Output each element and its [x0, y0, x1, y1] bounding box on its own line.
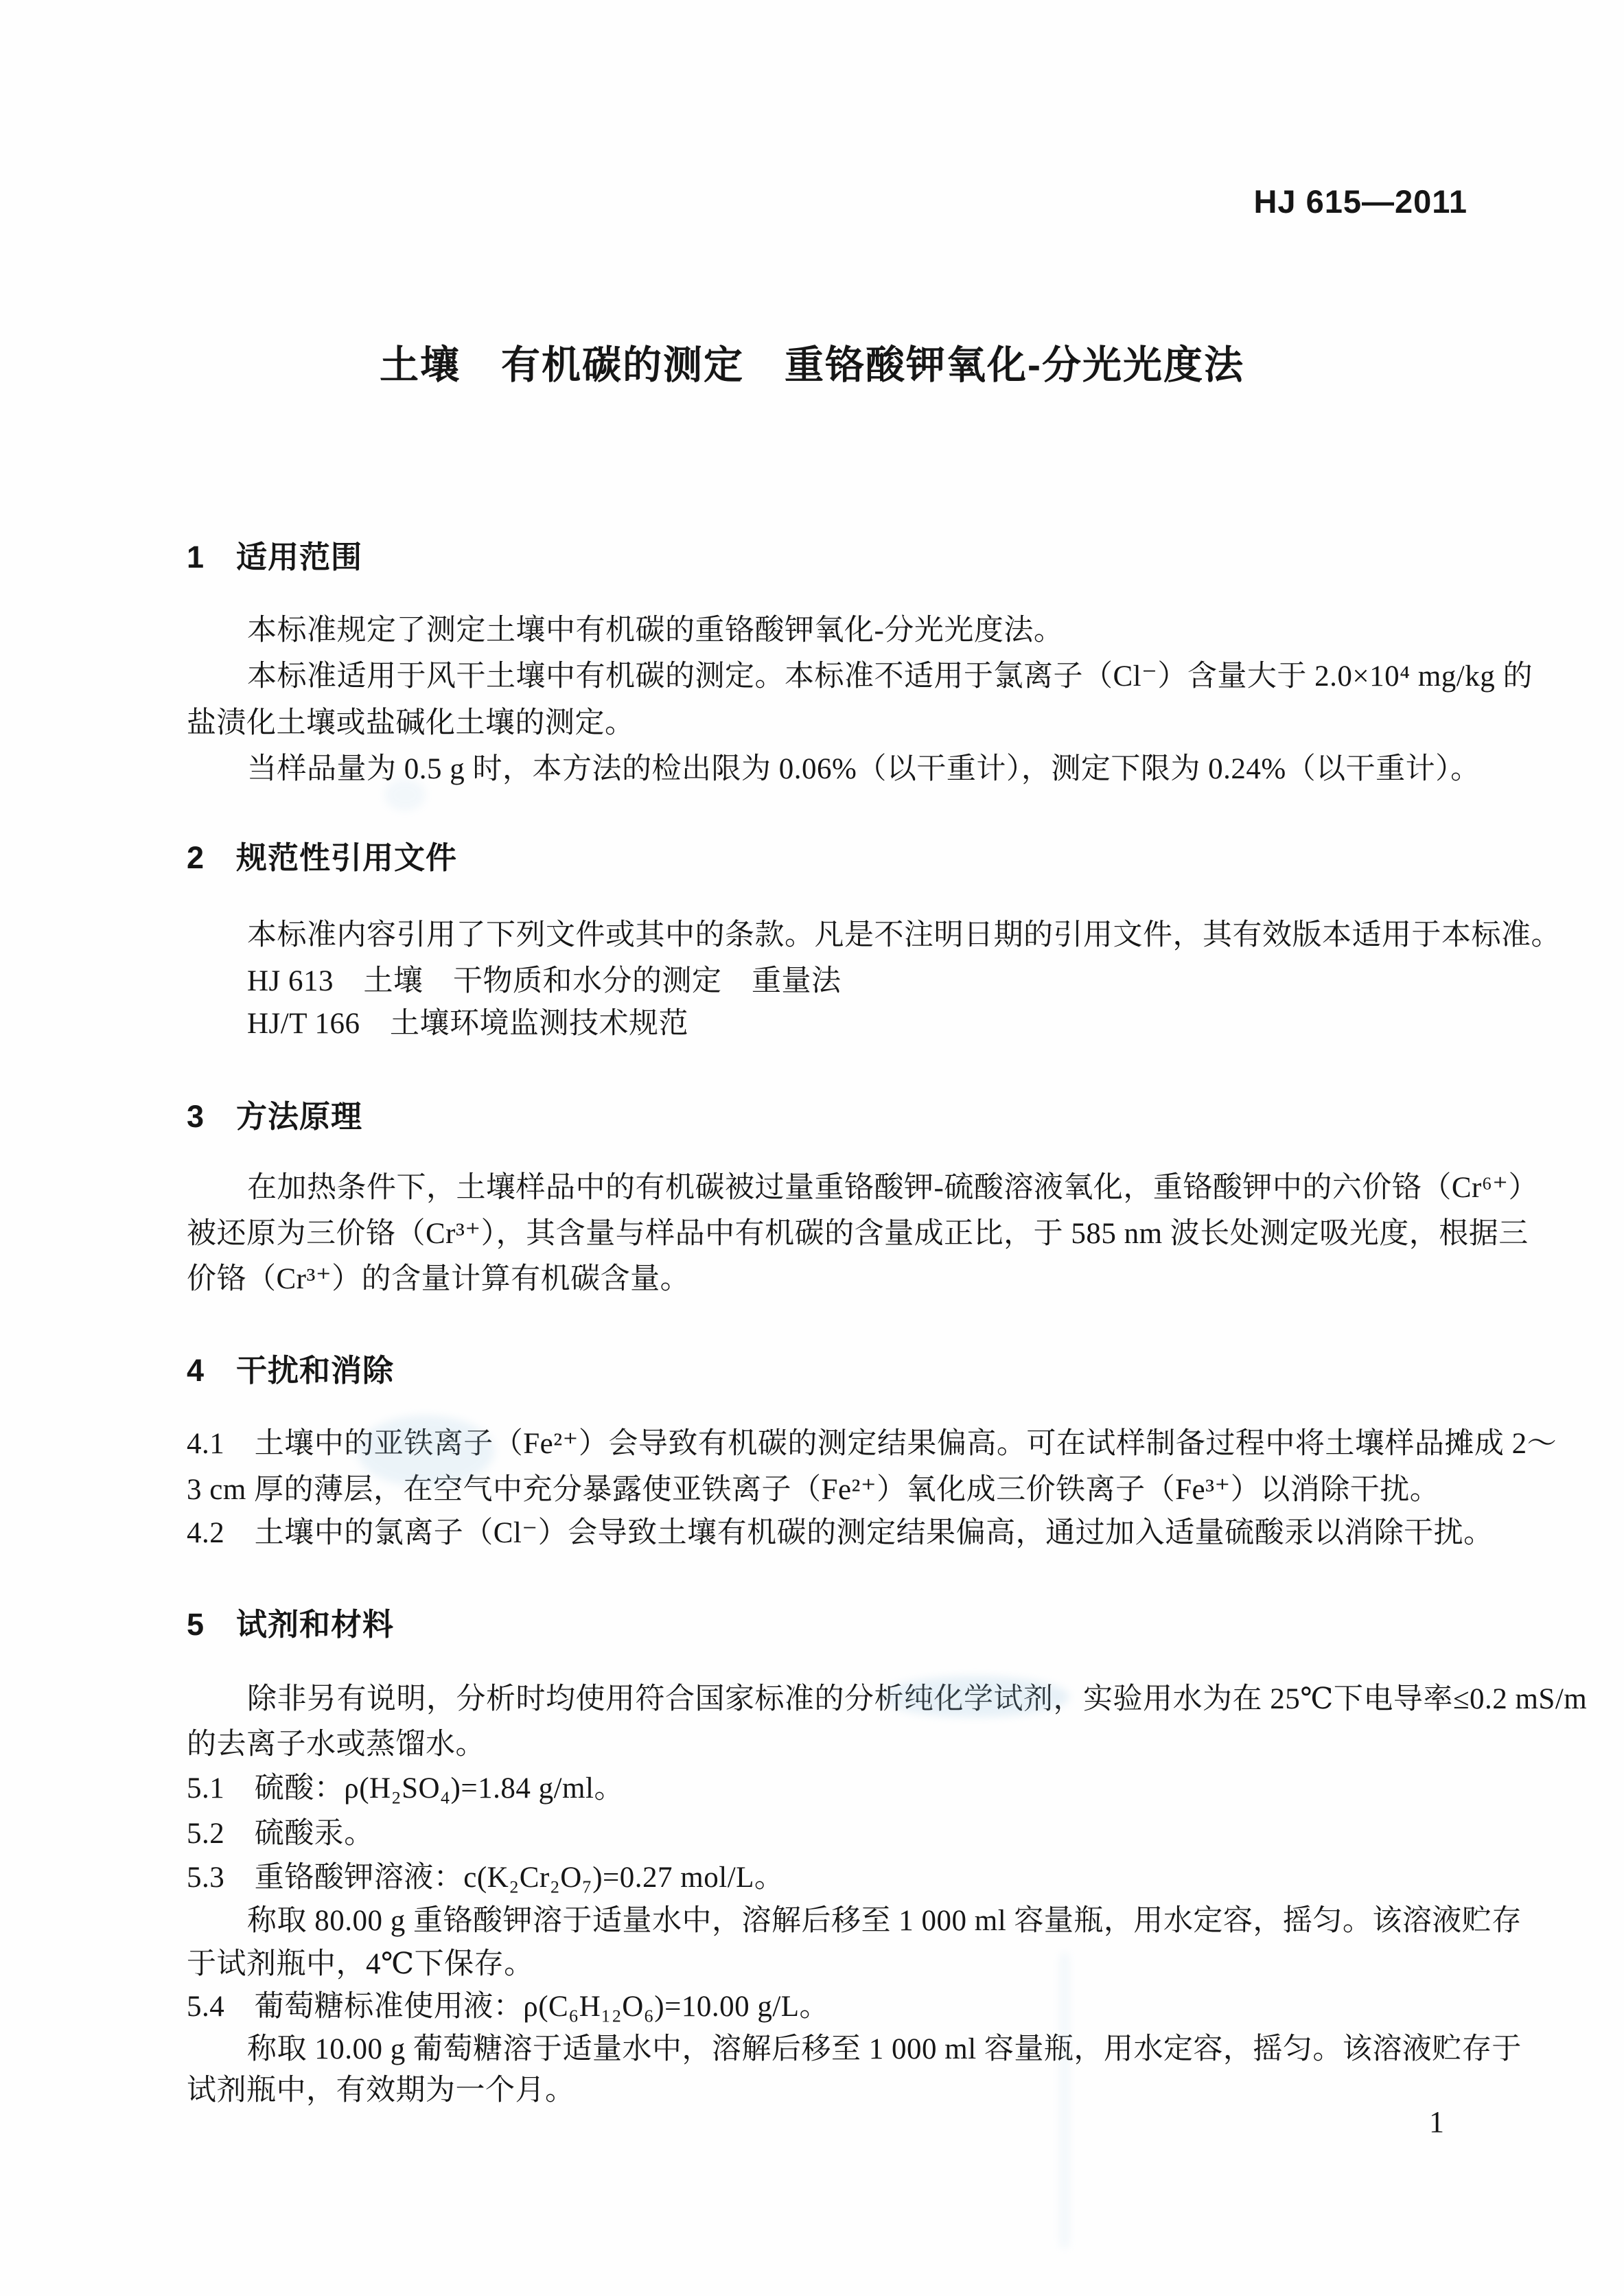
- section-5-item: 5.1 硫酸：ρ(H₂SO₄)=1.84 g/ml。: [187, 1771, 1444, 1807]
- section-5-line: 于试剂瓶中，4℃下保存。: [187, 1947, 1444, 1982]
- section-5-item: 5.2 硫酸汞。: [187, 1816, 1444, 1852]
- section-5-line: 试剂瓶中，有效期为一个月。: [187, 2073, 1444, 2109]
- section-2-reference: HJ/T 166 土壤环境监测技术规范: [187, 1006, 1505, 1042]
- section-1-line: 盐渍化土壤或盐碱化土壤的测定。: [187, 706, 1444, 741]
- section-4-line: 4.1 土壤中的亚铁离子（Fe²⁺）会导致有机碳的测定结果偏高。可在试样制备过程…: [187, 1426, 1444, 1462]
- section-3-line: 价铬（Cr³⁺）的含量计算有机碳含量。: [187, 1262, 1444, 1297]
- document-page: HJ 615—2011 土壤 有机碳的测定 重铬酸钾氧化-分光光度法 1 适用范…: [0, 0, 1624, 2296]
- section-1-line: 本标准规定了测定土壤中有机碳的重铬酸钾氧化-分光光度法。: [187, 613, 1505, 649]
- standard-number: HJ 615—2011: [1253, 183, 1468, 220]
- document-title: 土壤 有机碳的测定 重铬酸钾氧化-分光光度法: [0, 334, 1624, 390]
- section-3-line: 被还原为三价铬（Cr³⁺），其含量与样品中有机碳的含量成正比，于 585 nm …: [187, 1216, 1444, 1252]
- section-3-heading: 3 方法原理: [187, 1091, 362, 1136]
- section-4-line: 4.2 土壤中的氯离子（Cl⁻）会导致土壤有机碳的测定结果偏高，通过加入适量硫酸…: [187, 1516, 1444, 1551]
- section-5-line: 称取 80.00 g 重铬酸钾溶于适量水中，溶解后移至 1 000 ml 容量瓶…: [187, 1903, 1505, 1939]
- section-4-line: 3 cm 厚的薄层，在空气中充分暴露使亚铁离子（Fe²⁺）氧化成三价铁离子（Fe…: [187, 1472, 1444, 1508]
- section-5-line: 除非另有说明，分析时均使用符合国家标准的分析纯化学试剂，实验用水为在 25℃下电…: [187, 1682, 1505, 1717]
- section-1-line: 当样品量为 0.5 g 时，本方法的检出限为 0.06%（以干重计），测定下限为…: [187, 752, 1505, 787]
- section-2-heading: 2 规范性引用文件: [187, 833, 457, 877]
- section-5-item: 5.4 葡萄糖标准使用液：ρ(C₆H₁₂O₆)=10.00 g/L。: [187, 1989, 1444, 2025]
- section-2-line: 本标准内容引用了下列文件或其中的条款。凡是不注明日期的引用文件，其有效版本适用于…: [187, 918, 1505, 953]
- section-5-line: 的去离子水或蒸馏水。: [187, 1727, 1444, 1763]
- section-4-heading: 4 干扰和消除: [187, 1345, 394, 1390]
- section-3-line: 在加热条件下，土壤样品中的有机碳被过量重铬酸钾-硫酸溶液氧化，重铬酸钾中的六价铬…: [187, 1170, 1505, 1206]
- section-1-line: 本标准适用于风干土壤中有机碳的测定。本标准不适用于氯离子（Cl⁻）含量大于 2.…: [187, 659, 1505, 695]
- section-5-line: 称取 10.00 g 葡萄糖溶于适量水中，溶解后移至 1 000 ml 容量瓶，…: [187, 2032, 1505, 2067]
- section-1-heading: 1 适用范围: [187, 532, 362, 577]
- section-2-reference: HJ 613 土壤 干物质和水分的测定 重量法: [187, 964, 1505, 999]
- section-5-heading: 5 试剂和材料: [187, 1599, 394, 1644]
- section-5-item: 5.3 重铬酸钾溶液：c(K₂Cr₂O₇)=0.27 mol/L。: [187, 1860, 1444, 1896]
- page-number: 1: [1429, 2104, 1444, 2140]
